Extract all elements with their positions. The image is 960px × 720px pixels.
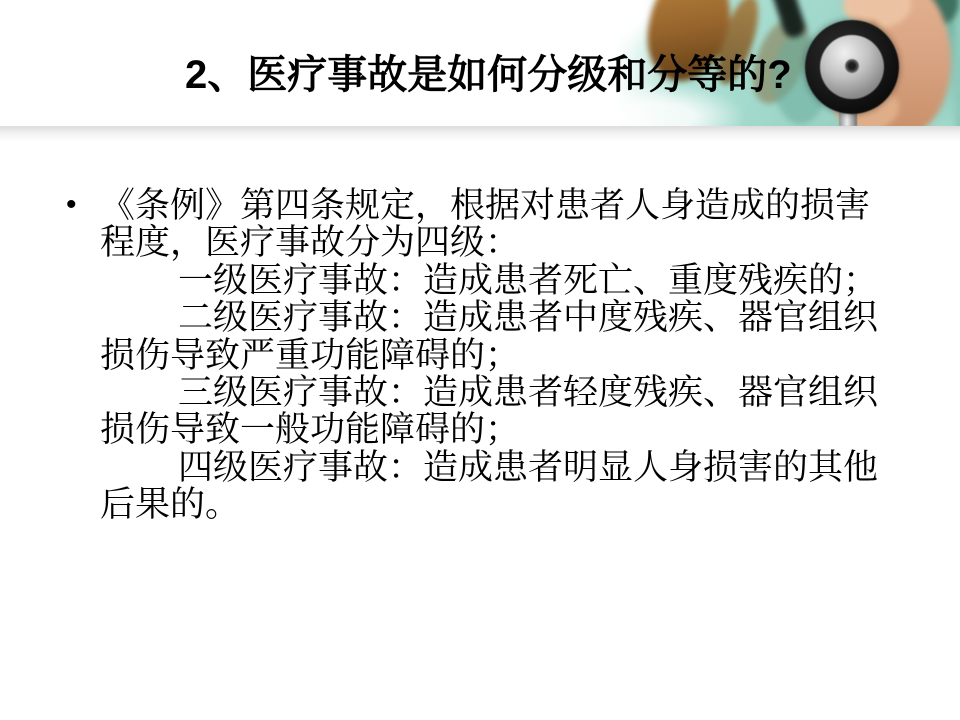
body-text-line: 一级医疗事故：造成患者死亡、重度残疾的； (100, 262, 900, 299)
bullet-marker: • (66, 186, 77, 223)
body-text-line: 二级医疗事故：造成患者中度残疾、器官组织 (100, 299, 900, 336)
slide-header: 2、医疗事故是如何分级和分等的? (0, 0, 960, 126)
body-text-line: 损伤导致一般功能障碍的； (100, 411, 900, 448)
body-text-line: 四级医疗事故：造成患者明显人身损害的其他 (100, 449, 900, 486)
header-divider (0, 126, 960, 142)
stethoscope-center-hole (845, 59, 859, 73)
body-text-line: 损伤导致严重功能障碍的； (100, 337, 900, 374)
slide-title: 2、医疗事故是如何分级和分等的? (185, 52, 792, 98)
body-text-line: 程度，医疗事故分为四级： (100, 224, 900, 261)
body-text-line: 后果的。 (100, 486, 900, 523)
slide-body: 《条例》第四条规定，根据对患者人身造成的损害 程度，医疗事故分为四级： 一级医疗… (100, 187, 900, 524)
body-text-line: 《条例》第四条规定，根据对患者人身造成的损害 (100, 187, 900, 224)
body-text-line: 三级医疗事故：造成患者轻度残疾、器官组织 (100, 374, 900, 411)
presentation-slide: 2、医疗事故是如何分级和分等的? • 《条例》第四条规定，根据对患者人身造成的损… (0, 0, 960, 720)
